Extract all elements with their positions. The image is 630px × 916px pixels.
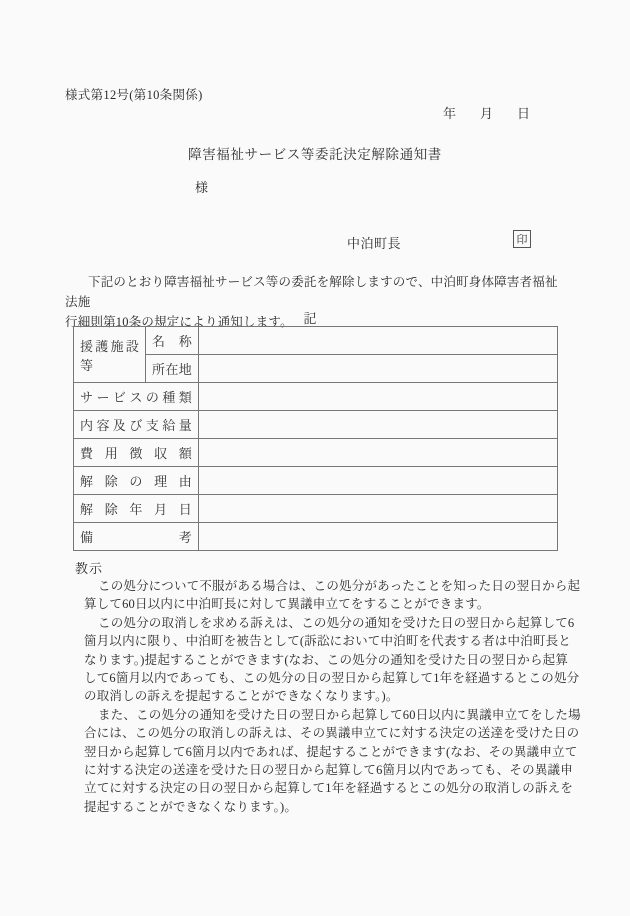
table-row: 内容及び支給量	[74, 411, 558, 439]
document-page: 様式第12号(第10条関係) 年 月 日 障害福祉サービス等委託決定解除通知書 …	[0, 0, 630, 916]
content-amount-label: 内容及び支給量	[74, 411, 199, 439]
facility-address-value	[199, 355, 558, 383]
table-row: 解除の理由	[74, 467, 558, 495]
fee-collection-value	[199, 439, 558, 467]
date-day-label: 日	[517, 103, 530, 122]
table-row: サービスの種類	[74, 383, 558, 411]
table-row: 所在地	[74, 355, 558, 383]
seal-mark: 印	[513, 230, 531, 248]
service-type-label: サービスの種類	[74, 383, 199, 411]
cancellation-date-value	[199, 495, 558, 523]
document-title: 障害福祉サービス等委託決定解除通知書	[0, 143, 630, 163]
date-month-label: 月	[480, 103, 493, 122]
table-row: 備考	[74, 523, 558, 551]
cancellation-reason-label: 解除の理由	[74, 467, 199, 495]
service-type-value	[199, 383, 558, 411]
instruction-block: この処分について不服がある場合は、この処分があったことを知った日の翌日から起 算…	[84, 577, 584, 816]
record-marker: 記	[65, 308, 555, 327]
cancellation-reason-value	[199, 467, 558, 495]
instruction-paragraph-1: この処分について不服がある場合は、この処分があったことを知った日の翌日から起 算…	[84, 577, 584, 614]
remarks-label: 備考	[74, 523, 199, 551]
instruction-paragraph-3: また、この処分の通知を受けた日の翌日から起算して60日以内に異議申立てをした場 …	[84, 706, 584, 816]
issuer-title: 中泊町長	[347, 233, 401, 252]
fee-collection-label: 費用徴収額	[74, 439, 199, 467]
table-row: 援護施設等 名称	[74, 327, 558, 355]
date-year-label: 年	[443, 103, 456, 122]
instruction-heading: 教示	[75, 558, 103, 577]
addressee-suffix: 様	[195, 177, 208, 196]
facility-name-label: 名称	[146, 327, 199, 355]
facility-address-label: 所在地	[146, 355, 199, 383]
table-row: 費用徴収額	[74, 439, 558, 467]
details-table: 援護施設等 名称 所在地 サービスの種類 内容及び支給量 費用徴収額 解除	[73, 326, 558, 551]
instruction-paragraph-2: この処分の取消しを求める訴えは、この処分の通知を受けた日の翌日から起算して6 箇…	[84, 614, 584, 706]
facility-name-value	[199, 327, 558, 355]
facility-group-label: 援護施設等	[74, 327, 146, 383]
table-row: 解除年月日	[74, 495, 558, 523]
cancellation-date-label: 解除年月日	[74, 495, 199, 523]
form-number: 様式第12号(第10条関係)	[65, 85, 203, 103]
remarks-value	[199, 523, 558, 551]
content-amount-value	[199, 411, 558, 439]
